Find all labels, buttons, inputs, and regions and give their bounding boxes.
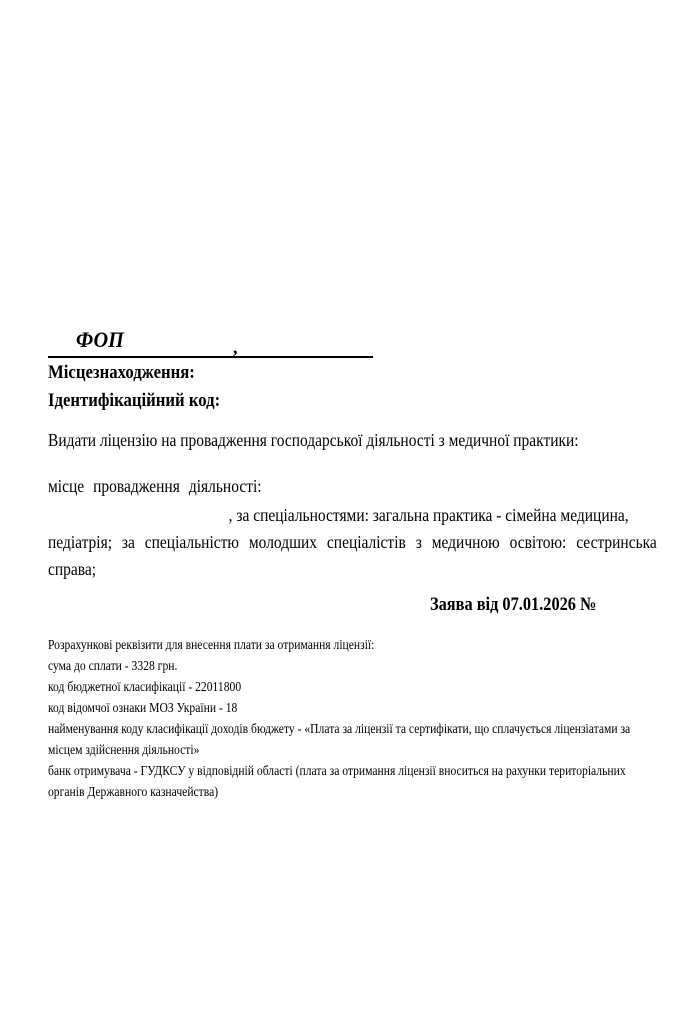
fop-name-field[interactable]: ФОП , xyxy=(48,327,373,358)
specialties-line: справа; xyxy=(48,556,571,583)
specialties-line: педіатрія; за спеціальністю молодших спе… xyxy=(48,529,571,556)
location-label: Місцезнаходження: xyxy=(48,362,195,384)
amount-line: сума до сплати - 3328 грн. xyxy=(48,655,581,676)
budget-code-line: код бюджетної класифікації - 22011800 xyxy=(48,676,581,697)
bank-line: банк отримувача - ГУДКСУ у відповідній о… xyxy=(48,760,581,781)
fop-label: ФОП xyxy=(76,327,124,353)
application-title: Заява від 07.01.2026 № xyxy=(430,594,596,616)
issue-license-text: Видати ліцензію на провадження господарс… xyxy=(48,430,579,451)
requisites-title: Розрахункові реквізити для внесення плат… xyxy=(48,634,581,655)
specialties-paragraph: , за спеціальностями: загальна практика … xyxy=(48,502,656,583)
bank-line: органів Державного казначейства) xyxy=(48,781,581,802)
specialties-line: , за спеціальностями: загальна практика … xyxy=(48,502,571,529)
id-code-label: Ідентифікаційний код: xyxy=(48,390,220,412)
ministry-code-line: код відомчої ознаки МОЗ України - 18 xyxy=(48,697,581,718)
income-code-name-line: найменування коду класифікації доходів б… xyxy=(48,718,581,739)
place-of-activity-label: місце провадження діяльності: xyxy=(48,476,262,497)
payment-requisites: Розрахункові реквізити для внесення плат… xyxy=(48,634,668,802)
income-code-name-line: місцем здійснення діяльності» xyxy=(48,739,581,760)
fop-comma: , xyxy=(233,337,238,358)
document-page: ФОП , Місцезнаходження: Ідентифікаційний… xyxy=(0,0,700,1024)
